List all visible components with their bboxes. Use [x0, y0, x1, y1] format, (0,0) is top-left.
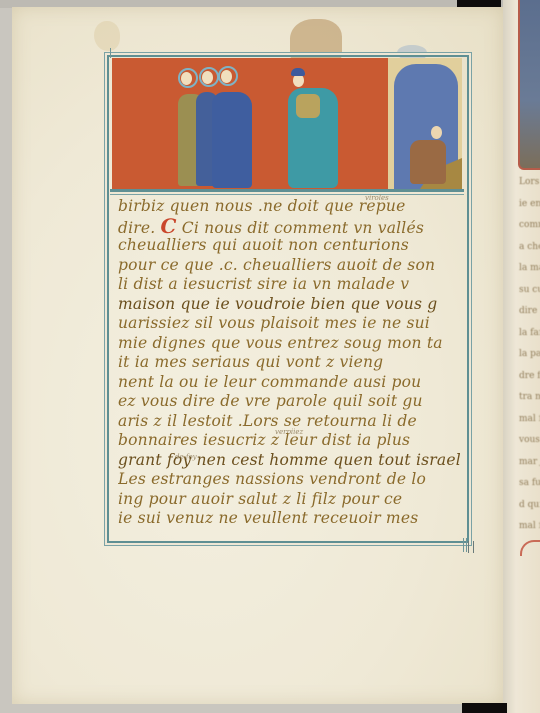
text-fragment: dire.: [118, 219, 155, 237]
text-line-with-rubric: dire. C Ci nous dit comment vn vallés: [118, 217, 460, 237]
text-line: mie dignes que vous entrez soug mon ta: [118, 334, 460, 354]
text-line: grant foy nen cest homme quen tout israe…: [118, 451, 460, 471]
text-line: ing pour auoir salut z li filz pour ce: [118, 490, 460, 510]
text-line: li dist a iesucrist sire ia vn malade v: [118, 275, 460, 295]
manuscript-text: birbiz quen nous .ne doit que repue dire…: [118, 197, 460, 529]
ruling-extension: [468, 541, 474, 553]
facing-page-text: Lors ie ende comma a chen la malb su cur…: [519, 172, 540, 538]
text-line: uarissiez sil vous plaisoit mes ie ne su…: [118, 314, 460, 334]
text-line: birbiz quen nous .ne doit que repue: [118, 197, 460, 217]
ruling-line: [466, 538, 467, 552]
text-line: maison que ie voudroie bien que vous g: [118, 295, 460, 315]
text-line: bonnaires iesucriz z leur dist ia plus: [118, 431, 460, 451]
ruling-line: [463, 538, 464, 552]
facing-page-miniature: [518, 0, 540, 170]
rubric-initial: C: [161, 217, 177, 237]
text-line: cheualliers qui auoit non centurions: [118, 236, 460, 256]
text-fragment: Ci nous dit comment vn vallés: [182, 219, 424, 237]
scan-edge-tab-bottom: [462, 703, 507, 713]
text-line: aris z il lestoit .Lors se retourna li d…: [118, 412, 460, 432]
text-line: ez vous dire de vre parole quil soit gu: [118, 392, 460, 412]
text-line: nent la ou ie leur commande ausi pou: [118, 373, 460, 393]
miniature-frame-line: [110, 194, 464, 195]
text-line: Les estranges nassions vendront de lo: [118, 470, 460, 490]
text-line: it ia mes seriaus qui vont z vieng: [118, 353, 460, 373]
foxing-stain: [94, 21, 120, 51]
text-line: pour ce que .c. cheualliers auoit de son: [118, 256, 460, 276]
text-line: ie sui venuz ne veullent receuoir mes: [118, 509, 460, 529]
ruling-line: [110, 48, 111, 58]
scan-edge-tab: [457, 0, 501, 7]
